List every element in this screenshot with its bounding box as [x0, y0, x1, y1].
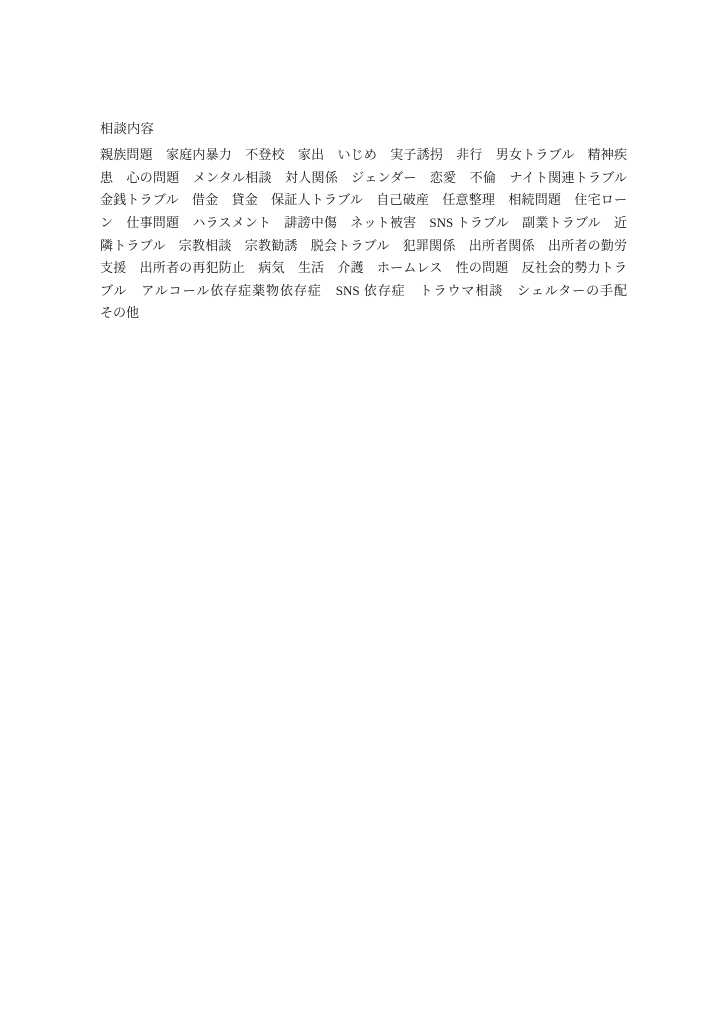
body-line: 金銭トラブル 借金 貸金 保証人トラブル 自己破産 任意整理 相続問題 住宅ロー — [100, 189, 627, 212]
section-heading: 相談内容 — [100, 118, 154, 141]
body-line: ブル アルコール依存症薬物依存症 SNS 依存症 トラウマ相談 シェルターの手配 — [100, 280, 627, 303]
document-page: 相談内容 親族問題 家庭内暴力 不登校 家出 いじめ 実子誘拐 非行 男女トラブ… — [0, 0, 724, 1024]
body-line: 隣トラブル 宗教相談 宗教勧誘 脱会トラブル 犯罪関係 出所者関係 出所者の勤労 — [100, 235, 627, 258]
body-line: ン 仕事問題 ハラスメント 誹謗中傷 ネット被害 SNS トラブル 副業トラブル… — [100, 212, 627, 235]
body-line: 支援 出所者の再犯防止 病気 生活 介護 ホームレス 性の問題 反社会的勢力トラ — [100, 257, 627, 280]
body-line: その他 — [100, 302, 627, 325]
body-line: 親族問題 家庭内暴力 不登校 家出 いじめ 実子誘拐 非行 男女トラブル 精神疾 — [100, 144, 627, 167]
consultation-topics-paragraph: 親族問題 家庭内暴力 不登校 家出 いじめ 実子誘拐 非行 男女トラブル 精神疾… — [100, 144, 627, 325]
body-line: 患 心の問題 メンタル相談 対人関係 ジェンダー 恋愛 不倫 ナイト関連トラブル — [100, 167, 627, 190]
